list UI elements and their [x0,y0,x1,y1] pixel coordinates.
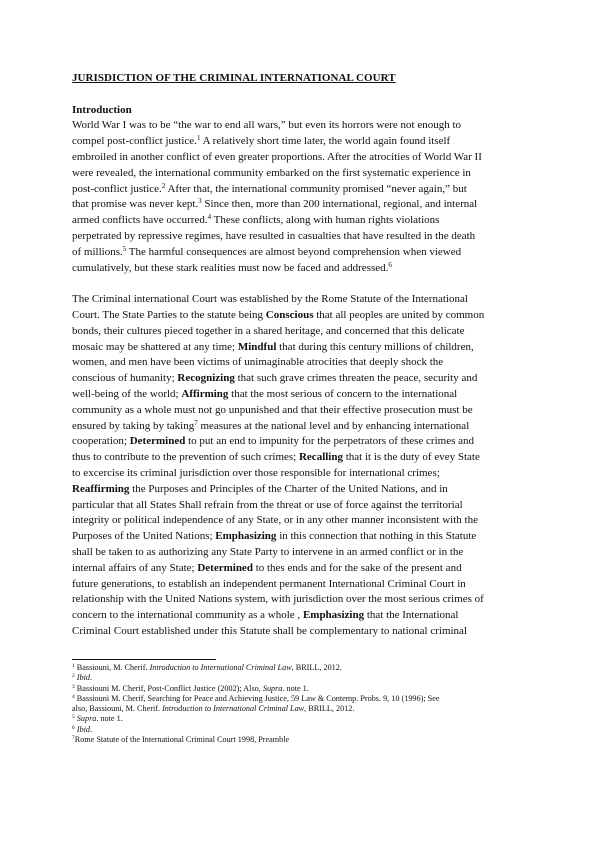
text-line: ensured by taking by taking7 measures at… [72,419,532,435]
text-line: particular that all States Shall refrain… [72,498,532,514]
page-body: JURISDICTION OF THE CRIMINAL INTERNATION… [72,71,532,640]
footnote-line: 6 Ibid. [72,725,542,735]
text-line: post-conflict justice.2 After that, the … [72,182,532,198]
text-line: mosaic may be shattered at any time; Min… [72,340,532,356]
bold-keyword: Mindful [238,341,277,353]
text-line: future generations, to establish an inde… [72,577,532,593]
footnote-reference: 2 [72,673,75,679]
text-line: conscious of humanity; Recognizing that … [72,371,532,387]
footnote-reference: 3 [72,684,75,690]
text-line: were revealed, the international communi… [72,166,532,182]
footnote-line: also, Bassiouni, M. Cherif. Introduction… [72,704,542,714]
footnote-reference: 5 [72,714,75,720]
text-line: that promise was never kept.3 Since then… [72,197,532,213]
bold-keyword: Conscious [266,309,314,321]
text-line: community as a whole must not go unpunis… [72,403,532,419]
italic-text: Introduction to International Criminal L… [162,704,304,713]
footnote-reference: 2 [162,182,166,190]
bold-keyword: Recalling [299,451,343,463]
paragraph-introduction: World War I was to be “the war to end al… [72,118,532,276]
bold-keyword: Reaffirming [72,483,129,495]
text-line: Court. The State Parties to the statute … [72,308,532,324]
bold-keyword: Recognizing [177,372,234,384]
text-line: of millions.5 The harmful consequences a… [72,245,532,261]
footnote-line: 5 Supra. note 1. [72,714,542,724]
footnote-reference: 1 [72,663,75,669]
document-title: JURISDICTION OF THE CRIMINAL INTERNATION… [72,71,532,87]
footnotes: 1 Bassiouni, M. Cherif. Introduction to … [72,663,542,745]
italic-text: Supra [77,714,97,723]
footnote-reference: 6 [72,725,75,731]
document-page: JURISDICTION OF THE CRIMINAL INTERNATION… [0,0,595,841]
footnote-reference: 5 [123,245,127,253]
text-line: well-being of the world; Affirming that … [72,387,532,403]
footnote-reference: 6 [388,261,392,269]
text-line: integrity or political independence of a… [72,513,532,529]
text-line: shall be taken to as authorizing any Sta… [72,545,532,561]
text-line: Reaffirming the Purposes and Principles … [72,482,532,498]
footnote-line: 1 Bassiouni, M. Cherif. Introduction to … [72,663,542,673]
text-line: internal affairs of any State; Determine… [72,561,532,577]
footnote-reference: 7 [72,735,75,741]
italic-text: Supra [263,684,283,693]
text-line: relationship with the United Nations sys… [72,592,532,608]
footnote-reference: 4 [72,694,75,700]
text-line: concern to the international community a… [72,608,532,624]
footnote-line: 3 Bassiouni M. Cherif, Post-Conflict Jus… [72,684,542,694]
footnote-line: 2 Ibid. [72,673,542,683]
footnote-reference: 7 [194,419,198,427]
footnote-reference: 3 [198,197,202,205]
text-line: World War I was to be “the war to end al… [72,118,532,134]
italic-text: Ibid [77,673,90,682]
text-line: The Criminal international Court was est… [72,292,532,308]
text-line: Purposes of the United Nations; Emphasiz… [72,529,532,545]
text-line: cumulatively, but these stark realities … [72,261,532,277]
italic-text: Introduction to International Criminal L… [150,663,292,672]
paragraph-rome-statute: The Criminal international Court was est… [72,292,532,640]
text-line: bonds, their cultures pieced together in… [72,324,532,340]
footnote-line: 7Rome Statute of the International Crimi… [72,735,542,745]
text-line: compel post-conflict justice.1 A relativ… [72,134,532,150]
text-line: armed conflicts have occurred.4 These co… [72,213,532,229]
footnote-separator [72,659,216,660]
bold-keyword: Determined [197,562,253,574]
footnote-reference: 1 [197,134,201,142]
section-heading-introduction: Introduction [72,103,532,119]
text-line: women, and men have been victims of unim… [72,355,532,371]
footnote-reference: 4 [208,213,212,221]
spacer [72,87,532,103]
bold-keyword: Emphasizing [215,530,276,542]
footnote-line: 4 Bassiouni M. Cherif, Searching for Pea… [72,694,542,704]
text-line: perpetrated by repressive regimes, have … [72,229,532,245]
text-line: to excercise its criminal jurisdiction o… [72,466,532,482]
italic-text: Ibid [77,725,90,734]
text-line: thus to contribute to the prevention of … [72,450,532,466]
bold-keyword: Determined [130,435,186,447]
bold-keyword: Emphasizing [303,609,364,621]
text-line: embroiled in another conflict of even gr… [72,150,532,166]
bold-keyword: Affirming [181,388,228,400]
text-line: cooperation; Determined to put an end to… [72,434,532,450]
text-line: Criminal Court established under this St… [72,624,532,640]
